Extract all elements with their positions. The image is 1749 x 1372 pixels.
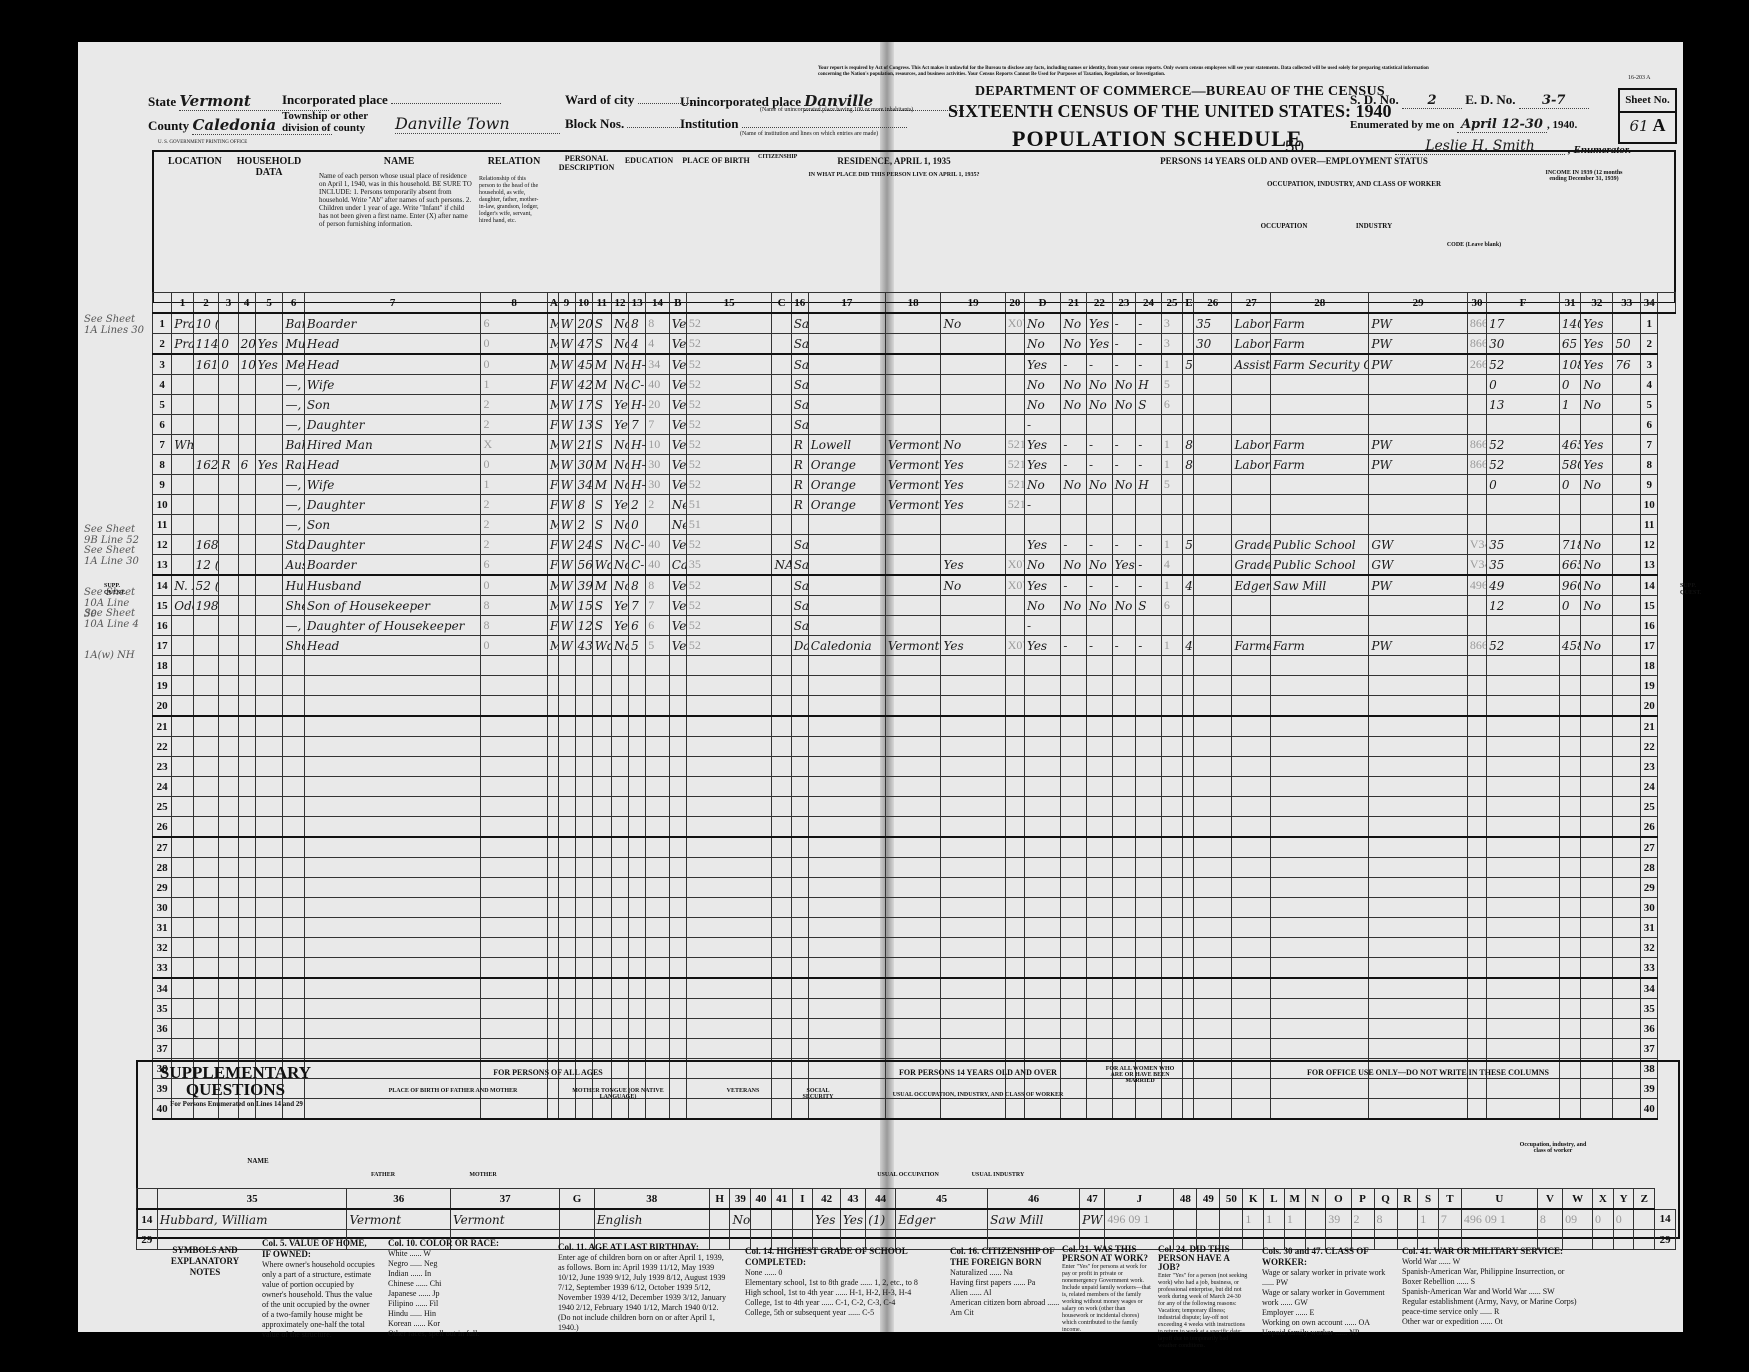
- table-row: 1Prairie Rd10 (Cont)Barnett, CarlBoarder…: [153, 313, 1676, 334]
- supp-over14: FOR PERSONS 14 YEARS OLD AND OVER: [858, 1068, 1098, 1077]
- cell-marital: S: [592, 415, 611, 435]
- empty-cell: [219, 737, 238, 757]
- cell-name: Baker, Raeburn: [283, 435, 304, 455]
- table-row-empty: 2020: [153, 696, 1676, 717]
- cell-c31: 0: [1487, 375, 1560, 395]
- empty-cell: [1613, 676, 1641, 696]
- cell-grade: 7: [629, 415, 646, 435]
- line-number-right: 27: [1641, 837, 1658, 858]
- empty-cell: [238, 817, 255, 838]
- cell-birth: Vermont: [669, 334, 686, 355]
- empty-cell: [686, 737, 772, 757]
- empty-cell: [238, 757, 255, 777]
- line-number-right: 26: [1641, 817, 1658, 838]
- empty-cell: [772, 999, 791, 1019]
- cell-cit: [772, 435, 791, 455]
- empty-cell: [1161, 938, 1182, 958]
- cell-cit: [772, 334, 791, 355]
- empty-cell: [941, 757, 1005, 777]
- empty-cell: [772, 918, 791, 938]
- empty-cell: [1024, 918, 1060, 938]
- cell-code_b: 40: [646, 375, 670, 395]
- empty-cell: [1232, 757, 1271, 777]
- table-row: 5—, Nathan (ab)Son2MW17SYesH-320Vermont5…: [153, 395, 1676, 415]
- supp-father-col: FATHER: [338, 1172, 428, 1178]
- empty-cell: [941, 656, 1005, 676]
- cell-school: No: [611, 515, 628, 535]
- empty-cell: [1161, 777, 1182, 797]
- cell-farm: [255, 475, 283, 495]
- empty-cell: [791, 1019, 808, 1039]
- cell-farm20: [941, 395, 1005, 415]
- cell-code_d: [1005, 616, 1024, 636]
- empty-cell: [219, 676, 238, 696]
- line-number-right: 21: [1641, 716, 1658, 737]
- line-number-right: 19: [1641, 676, 1658, 696]
- cell-code_c: 52: [686, 616, 772, 636]
- empty-cell: [219, 716, 238, 737]
- cell-c24: -: [1112, 435, 1136, 455]
- cell-rel: Head: [304, 455, 481, 475]
- empty-cell: [1005, 656, 1024, 676]
- table-row-empty: 3737: [153, 1039, 1676, 1059]
- cell-c24: [1112, 415, 1136, 435]
- cell-val: [238, 636, 255, 656]
- empty-cell: [885, 716, 941, 737]
- col-num: 20: [1005, 293, 1024, 314]
- empty-cell: [547, 1039, 558, 1059]
- empty-cell: [1613, 958, 1641, 979]
- empty-cell: [1005, 716, 1024, 737]
- cell-c33: No: [1581, 395, 1613, 415]
- empty-cell: [885, 837, 941, 858]
- empty-cell: [575, 676, 592, 696]
- cell-rel: Son: [304, 395, 481, 415]
- cell-name: Shephard, Robert: [283, 596, 304, 616]
- empty-cell: [1005, 999, 1024, 1019]
- township-value: Danville Town: [395, 114, 560, 134]
- cell-age: 13: [575, 415, 592, 435]
- empty-cell: [1061, 656, 1087, 676]
- line-number-right: 23: [1641, 757, 1658, 777]
- cell-code_c: 52: [686, 596, 772, 616]
- cell-code_d: [1005, 415, 1024, 435]
- cell-code_b: 30: [646, 455, 670, 475]
- empty-cell: [686, 878, 772, 898]
- supp-col-num: U: [1461, 1189, 1537, 1210]
- empty-cell: [481, 737, 547, 757]
- cell-c23: -: [1086, 535, 1112, 555]
- empty-cell: [1467, 918, 1486, 938]
- cell-code_d: 5211: [1005, 435, 1024, 455]
- empty-cell: [791, 757, 808, 777]
- cell-name: —, Ruth: [283, 475, 304, 495]
- supp-usual-occ-col: USUAL OCCUPATION: [858, 1172, 958, 1178]
- cell-c23: No: [1086, 596, 1112, 616]
- cell-res19: [885, 415, 941, 435]
- empty-cell: [1193, 676, 1232, 696]
- cell-c24: Yes: [1112, 555, 1136, 576]
- cell-c31: [1487, 616, 1560, 636]
- col-num: 1: [172, 293, 193, 314]
- empty-cell: [304, 918, 481, 938]
- cell-c32: 960: [1559, 575, 1580, 596]
- cell-farm: [255, 596, 283, 616]
- cell-school: Yes: [611, 616, 628, 636]
- cell-c27: [1193, 495, 1232, 515]
- block-field: Block Nos.: [565, 116, 682, 132]
- supp-cell-code_i: [792, 1209, 813, 1230]
- empty-cell: [669, 676, 686, 696]
- cell-farm20: [941, 415, 1005, 435]
- cell-res19: [885, 313, 941, 334]
- cell-race: W: [558, 555, 575, 576]
- cell-c23: -: [1086, 575, 1112, 596]
- cell-sex: F: [547, 475, 558, 495]
- empty-cell: [611, 656, 628, 676]
- cell-farm20: [941, 354, 1005, 375]
- cell-marital: M: [592, 375, 611, 395]
- cell-code_e: 6: [1161, 596, 1182, 616]
- empty-cell: [629, 1039, 646, 1059]
- empty-cell: [1183, 858, 1194, 878]
- empty-cell: [255, 858, 283, 878]
- empty-cell: [1467, 737, 1486, 757]
- cell-sex: F: [547, 495, 558, 515]
- empty-cell: [1161, 898, 1182, 918]
- cell-val: [238, 375, 255, 395]
- cell-grade: H-4: [629, 354, 646, 375]
- table-row: 14N. Danville52 (Cont)Hubbard, WilliamHu…: [153, 575, 1676, 596]
- cell-c22: [1061, 495, 1087, 515]
- cell-code_c: 52: [686, 575, 772, 596]
- cell-school: Yes: [611, 495, 628, 515]
- cell-val: [238, 435, 255, 455]
- cell-res18: [808, 616, 885, 636]
- section-education: EDUCATION: [624, 156, 674, 165]
- empty-cell: [238, 938, 255, 958]
- empty-cell: [1005, 958, 1024, 979]
- table-row: 12168 (Cont)Stanton, Elizabeth ⊗Daughter…: [153, 535, 1676, 555]
- supp-cell-father: Vermont: [347, 1209, 451, 1230]
- empty-cell: [1369, 817, 1467, 838]
- cell-c34: [1613, 636, 1641, 656]
- cell-c27: [1193, 415, 1232, 435]
- empty-cell: [1086, 898, 1112, 918]
- note-col24: Col. 24. DID THIS PERSON HAVE A JOB?Ente…: [1158, 1246, 1248, 1350]
- line-number: 22: [153, 737, 172, 757]
- empty-cell: [646, 978, 670, 999]
- empty-cell: [1232, 858, 1271, 878]
- cell-occ: [1232, 515, 1271, 535]
- cell-c25: -: [1136, 535, 1162, 555]
- cell-cls: [1369, 616, 1467, 636]
- empty-cell: [1183, 777, 1194, 797]
- empty-cell: [592, 878, 611, 898]
- empty-cell: [219, 938, 238, 958]
- empty-cell: [1112, 1039, 1136, 1059]
- census-title: SIXTEENTH CENSUS OF THE UNITED STATES: 1…: [948, 101, 1391, 122]
- empty-cell: [255, 676, 283, 696]
- empty-cell: [547, 999, 558, 1019]
- empty-cell: [283, 999, 304, 1019]
- cell-res17: R: [791, 495, 808, 515]
- supp-col-num: I: [792, 1189, 813, 1210]
- col-num: D: [1024, 293, 1060, 314]
- empty-cell: [238, 716, 255, 737]
- empty-cell: [1487, 797, 1560, 817]
- supp-cell-P: 2: [1351, 1209, 1374, 1230]
- cell-res18: [808, 596, 885, 616]
- supp-cell-X: 0: [1593, 1209, 1614, 1230]
- empty-cell: [1024, 817, 1060, 838]
- empty-cell: [808, 878, 885, 898]
- empty-cell: [1581, 978, 1613, 999]
- empty-cell: [1193, 918, 1232, 938]
- empty-cell: [1183, 757, 1194, 777]
- cell-c32: 1: [1559, 395, 1580, 415]
- empty-cell: [255, 1019, 283, 1039]
- empty-cell: [1581, 878, 1613, 898]
- empty-cell: [575, 958, 592, 979]
- line-number-right: 12: [1641, 535, 1658, 555]
- empty-cell: [283, 1039, 304, 1059]
- empty-cell: [646, 1039, 670, 1059]
- empty-cell: [1112, 938, 1136, 958]
- cell-age: 24: [575, 535, 592, 555]
- empty-cell: [283, 898, 304, 918]
- empty-cell: [193, 999, 219, 1019]
- empty-cell: [1005, 878, 1024, 898]
- cell-val: [238, 395, 255, 415]
- empty-cell: [1061, 978, 1087, 999]
- empty-cell: [1559, 696, 1580, 717]
- cell-farm20: [941, 375, 1005, 395]
- empty-cell: [172, 716, 193, 737]
- empty-cell: [772, 676, 791, 696]
- empty-cell: [941, 999, 1005, 1019]
- cell-c27: [1193, 455, 1232, 475]
- empty-cell: [283, 777, 304, 797]
- empty-cell: [283, 978, 304, 999]
- cell-code_b: 20: [646, 395, 670, 415]
- supp-tongue-head: MOTHER TONGUE (OR NATIVE LANGUAGE): [568, 1088, 668, 1100]
- empty-cell: [1112, 676, 1136, 696]
- empty-cell: [238, 958, 255, 979]
- cell-c34: [1613, 435, 1641, 455]
- empty-cell: [304, 716, 481, 737]
- empty-cell: [1369, 938, 1467, 958]
- line-number-right: 37: [1641, 1039, 1658, 1059]
- empty-cell: [1559, 938, 1580, 958]
- empty-cell: [1467, 938, 1486, 958]
- empty-cell: [1136, 797, 1162, 817]
- empty-cell: [255, 716, 283, 737]
- empty-cell: [1086, 1019, 1112, 1039]
- cell-school: No: [611, 435, 628, 455]
- cell-owned: [219, 495, 238, 515]
- empty-cell: [1005, 797, 1024, 817]
- empty-cell: [592, 958, 611, 979]
- empty-cell: [1581, 716, 1613, 737]
- cell-cit: [772, 575, 791, 596]
- note-col21: Col. 21. WAS THIS PERSON AT WORK?Enter "…: [1062, 1246, 1152, 1334]
- empty-cell: [1467, 837, 1486, 858]
- cell-school: No: [611, 455, 628, 475]
- col-num: F: [1487, 293, 1560, 314]
- empty-cell: [283, 918, 304, 938]
- line-number: 26: [153, 817, 172, 838]
- cell-c21: Yes: [1024, 354, 1060, 375]
- empty-cell: [255, 757, 283, 777]
- empty-cell: [1559, 676, 1580, 696]
- cell-house: [193, 515, 219, 535]
- cell-farm: Yes: [255, 455, 283, 475]
- empty-cell: [481, 1039, 547, 1059]
- cell-house: [193, 616, 219, 636]
- empty-cell: [592, 716, 611, 737]
- cell-street: [172, 455, 193, 475]
- cell-c33: Yes: [1581, 435, 1613, 455]
- cell-val: 6: [238, 455, 255, 475]
- cell-code_a: 6: [481, 555, 547, 576]
- empty-cell: [172, 696, 193, 717]
- legend-item: Korean ...... Kor: [388, 1319, 538, 1329]
- cell-c25: -: [1136, 435, 1162, 455]
- supp-col-num: 41: [771, 1189, 792, 1210]
- supp-col-num: H: [709, 1189, 730, 1210]
- line-number: 37: [153, 1039, 172, 1059]
- supp-cell-W: 09: [1563, 1209, 1593, 1230]
- cell-owned: [219, 395, 238, 415]
- empty-cell: [1487, 1039, 1560, 1059]
- line-number: 7: [153, 435, 172, 455]
- line-number: 18: [153, 656, 172, 676]
- empty-cell: [592, 938, 611, 958]
- supp-cell-code_h: [709, 1209, 730, 1230]
- cell-code_a: 0: [481, 354, 547, 375]
- empty-cell: [1061, 918, 1087, 938]
- cell-race: W: [558, 495, 575, 515]
- col-num: 31: [1559, 293, 1580, 314]
- cell-birth: Vermont: [669, 415, 686, 435]
- empty-cell: [1467, 978, 1486, 999]
- cell-sex: M: [547, 575, 558, 596]
- col-num: 2: [193, 293, 219, 314]
- cell-code_f: V34 91 2: [1467, 555, 1486, 576]
- line-number-right: 22: [1641, 737, 1658, 757]
- supp-cell-K: 1: [1243, 1209, 1264, 1230]
- col-num: 21: [1061, 293, 1087, 314]
- empty-cell: [941, 676, 1005, 696]
- cell-c24: -: [1112, 636, 1136, 656]
- empty-cell: [885, 938, 941, 958]
- empty-cell: [629, 797, 646, 817]
- cell-c26: 48: [1183, 575, 1194, 596]
- empty-cell: [1005, 1039, 1024, 1059]
- line-number-right: 15: [1641, 596, 1658, 616]
- empty-cell: [611, 898, 628, 918]
- empty-cell: [193, 757, 219, 777]
- cell-sex: M: [547, 435, 558, 455]
- empty-cell: [772, 837, 791, 858]
- cell-grade: H-3: [629, 395, 646, 415]
- empty-cell: [1183, 878, 1194, 898]
- supp-parents-head: PLACE OF BIRTH OF FATHER AND MOTHER: [338, 1088, 568, 1094]
- supp-mother-col: MOTHER: [438, 1172, 528, 1178]
- cell-val: [238, 535, 255, 555]
- empty-cell: [172, 1019, 193, 1039]
- note-col41-title: Col. 41. WAR OR MILITARY SERVICE:: [1402, 1246, 1563, 1256]
- cell-res17: R: [791, 435, 808, 455]
- empty-cell: [238, 696, 255, 717]
- line-number-right: 10: [1641, 495, 1658, 515]
- empty-cell: [646, 777, 670, 797]
- empty-cell: [1559, 837, 1580, 858]
- empty-cell: [772, 797, 791, 817]
- empty-cell: [1270, 999, 1368, 1019]
- cell-c21: Yes: [1024, 455, 1060, 475]
- empty-cell: [1613, 837, 1641, 858]
- cell-c24: [1112, 495, 1136, 515]
- table-row-empty: 3636: [153, 1019, 1676, 1039]
- empty-cell: [1061, 676, 1087, 696]
- cell-name: —, Florence ⊗: [283, 375, 304, 395]
- empty-cell: [1613, 777, 1641, 797]
- empty-cell: [575, 999, 592, 1019]
- empty-cell: [1581, 737, 1613, 757]
- line-number-right: 8: [1641, 455, 1658, 475]
- empty-cell: [646, 999, 670, 1019]
- empty-cell: [1232, 696, 1271, 717]
- cell-res19: Vermont: [885, 435, 941, 455]
- cell-cls: PW: [1369, 435, 1467, 455]
- cell-code_f: 866 VV 1: [1467, 455, 1486, 475]
- supp-col-num: 42: [813, 1189, 841, 1210]
- empty-cell: [172, 918, 193, 938]
- empty-cell: [646, 1019, 670, 1039]
- empty-cell: [1559, 777, 1580, 797]
- cell-c32: 140: [1559, 313, 1580, 334]
- cell-occ: [1232, 596, 1271, 616]
- cell-rel: Son of Housekeeper: [304, 596, 481, 616]
- empty-cell: [219, 858, 238, 878]
- line-number: 3: [153, 354, 172, 375]
- supp-cell-O: 39: [1326, 1209, 1351, 1230]
- sheet-number: 61: [1629, 117, 1648, 135]
- supp-line-number: 29: [137, 1230, 158, 1250]
- empty-cell: [304, 878, 481, 898]
- cell-street: [172, 495, 193, 515]
- cell-street: [172, 375, 193, 395]
- cell-marital: S: [592, 313, 611, 334]
- empty-cell: [808, 999, 885, 1019]
- cell-c24: -: [1112, 354, 1136, 375]
- block-label: Block Nos.: [565, 116, 624, 131]
- empty-cell: [558, 858, 575, 878]
- cell-birth: Canada-English: [669, 555, 686, 576]
- empty-cell: [772, 958, 791, 979]
- empty-cell: [575, 737, 592, 757]
- cell-code_c: 52: [686, 636, 772, 656]
- empty-cell: [481, 757, 547, 777]
- empty-cell: [1136, 656, 1162, 676]
- empty-cell: [1086, 777, 1112, 797]
- cell-code_c: 52: [686, 395, 772, 415]
- empty-cell: [791, 878, 808, 898]
- incorporated-value: [391, 103, 501, 104]
- cell-cls: GW: [1369, 535, 1467, 555]
